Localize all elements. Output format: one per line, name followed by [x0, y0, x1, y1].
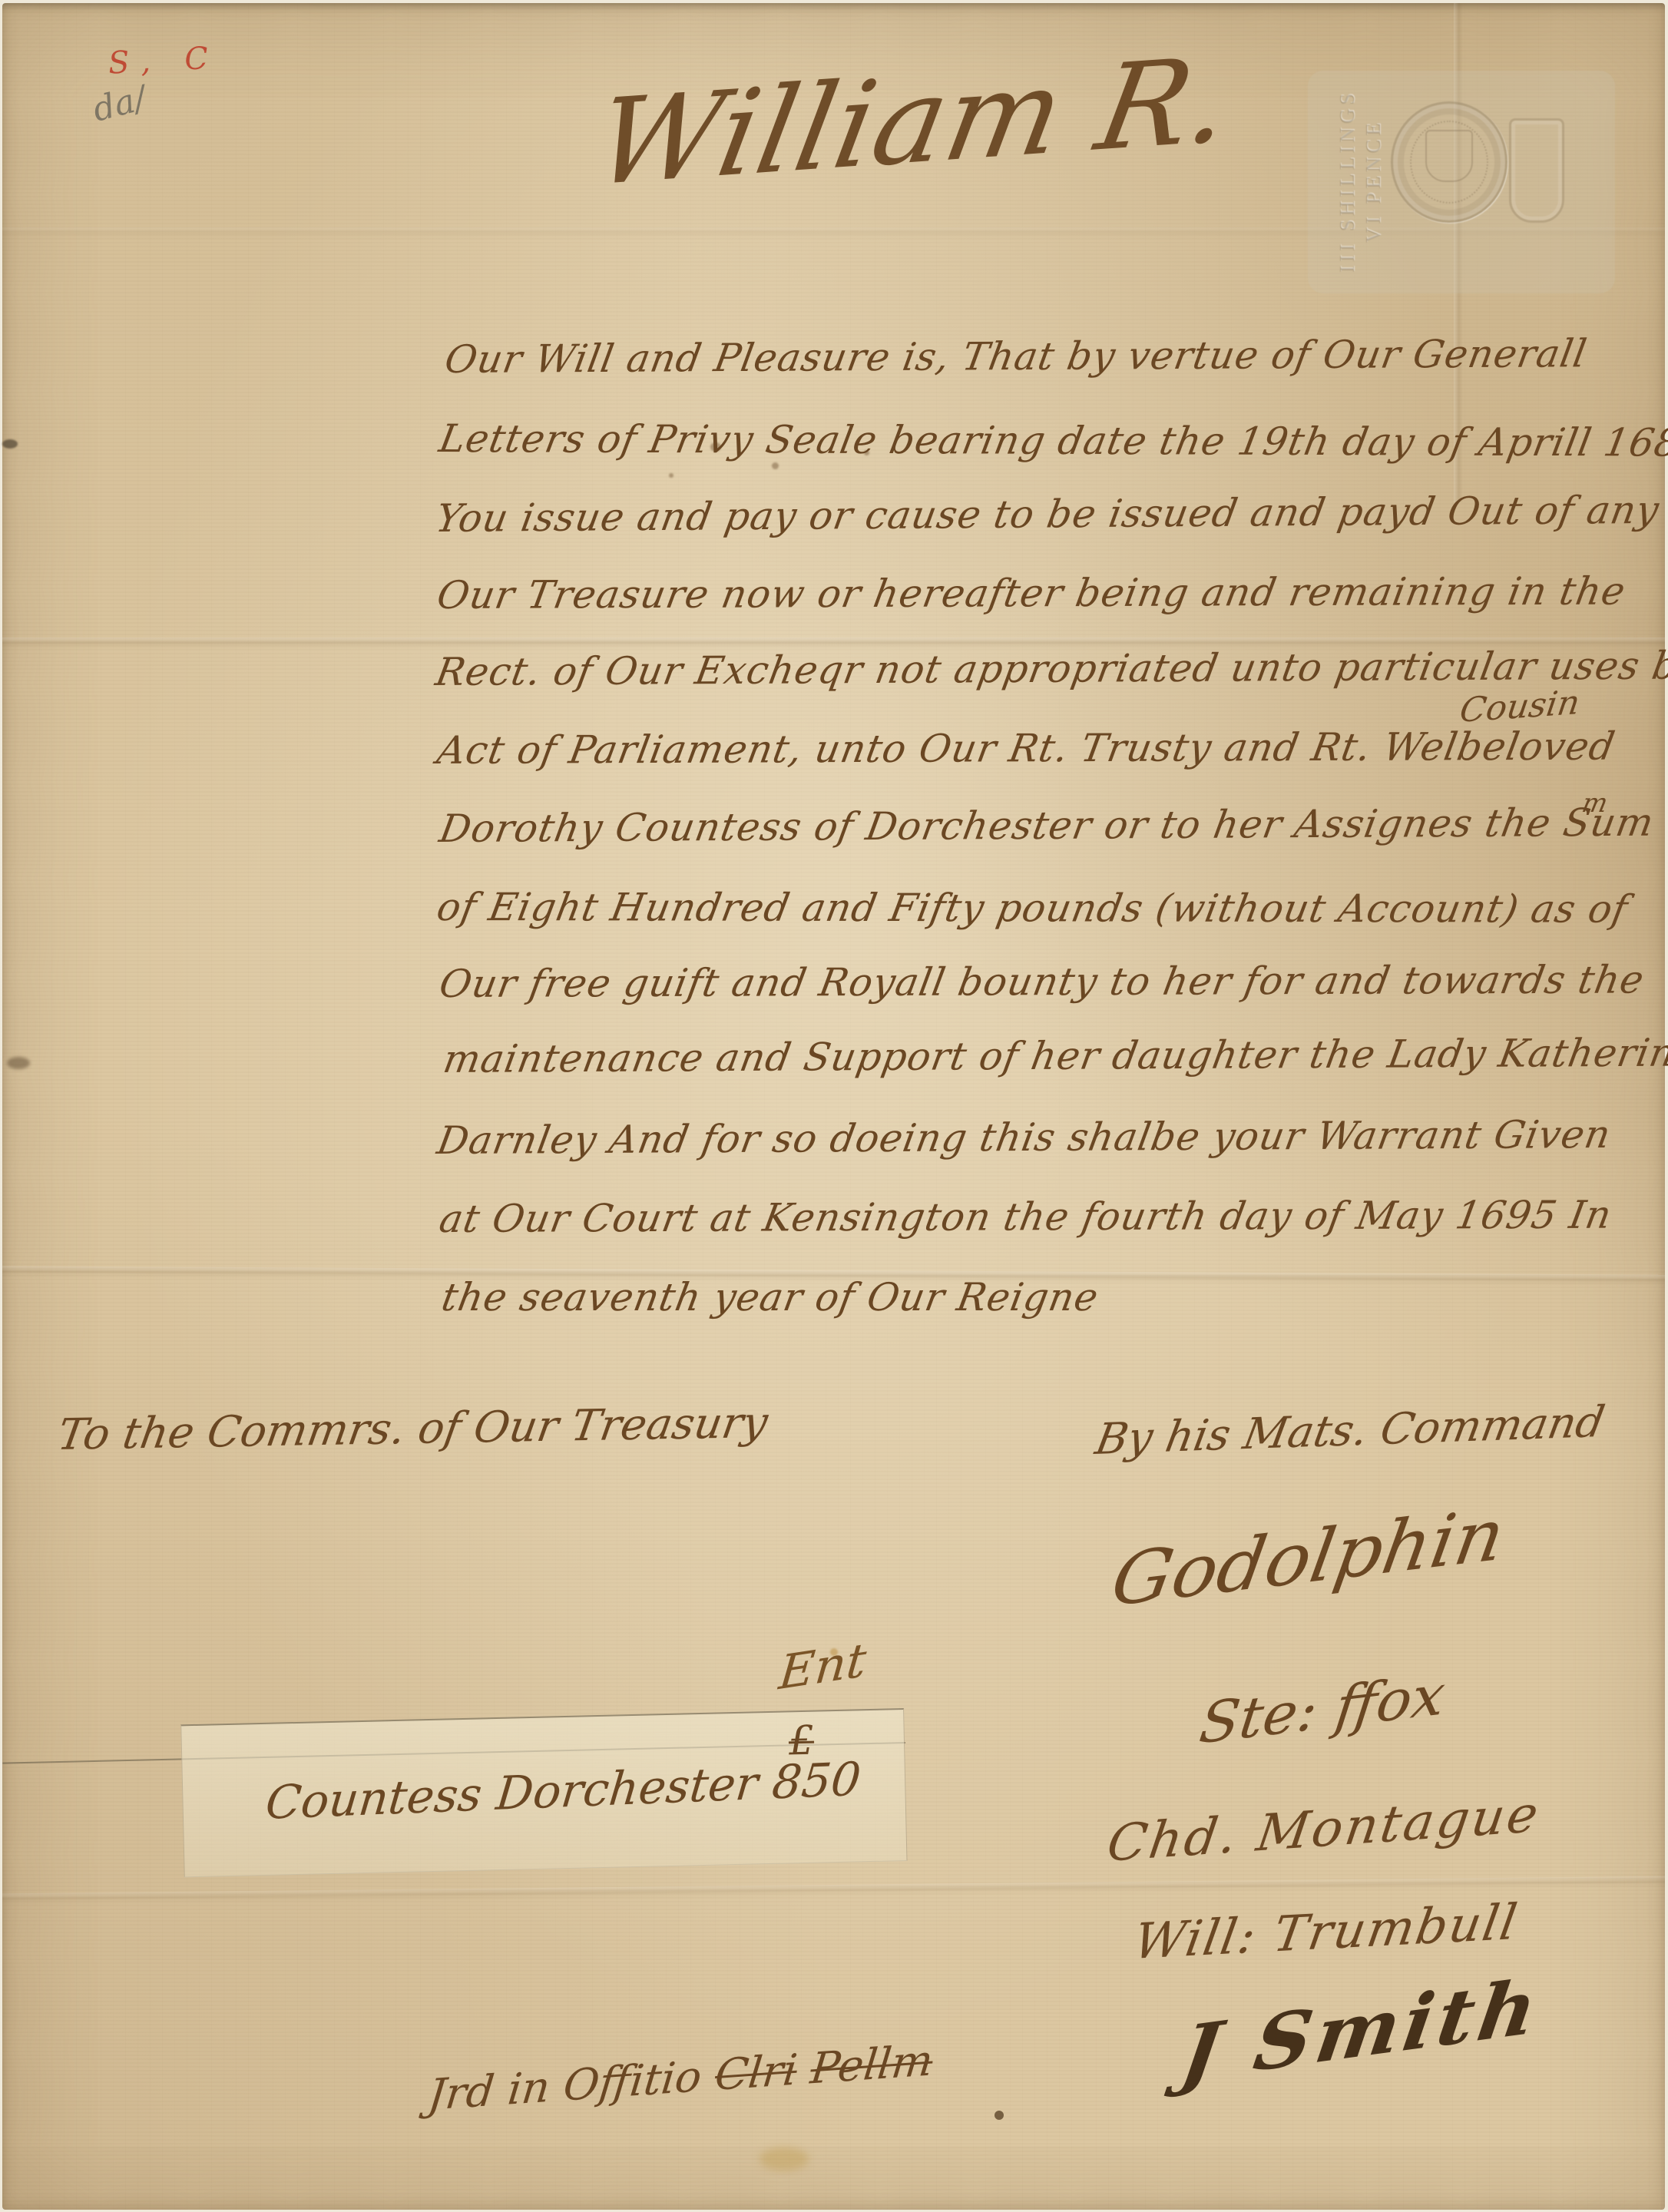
- yellow-stain: [760, 2147, 809, 2171]
- body-line: Act of Parliament, unto Our Rt. Trusty a…: [434, 724, 1619, 773]
- duty-line2: VI PENCE: [1362, 120, 1385, 243]
- body-line: Letters of Privy Seale bearing date the …: [436, 416, 1668, 465]
- entered-note: Ent: [776, 1632, 869, 1700]
- body-line: the seaventh year of Our Reigne: [439, 1275, 1102, 1320]
- ink-smudge: [669, 473, 673, 478]
- pencil-archive-note: da/: [89, 78, 151, 129]
- docket-prefix: Jrd in Offitio: [425, 2051, 704, 2120]
- body-line: Dorothy Countess of Dorchester or to her…: [436, 800, 1657, 851]
- ink-smudge: [772, 462, 779, 469]
- red-archive-initials: S, C: [108, 40, 221, 81]
- attestation-line: By his Mats. Command: [1091, 1397, 1608, 1465]
- signature-montague: Chd. Montague: [1104, 1784, 1544, 1873]
- signature-trumbull: Will: Trumbull: [1130, 1894, 1522, 1971]
- duty-line1: III SHILLINGS: [1335, 90, 1359, 273]
- signature-godolphin: Godolphin: [1106, 1493, 1511, 1624]
- body-line: maintenance and Support of her daughter …: [440, 1030, 1668, 1081]
- body-line: of Eight Hundred and Fifty pounds (witho…: [434, 885, 1632, 932]
- body-line: Our free guift and Royall bounty to her …: [436, 958, 1648, 1006]
- docket-word-pellm: Pellm: [808, 2036, 935, 2094]
- body-line: Rect. of Our Excheqr not appropriated un…: [432, 643, 1668, 694]
- body-line: You issue and pay or cause to be issued …: [432, 487, 1668, 541]
- body-line: Our Will and Pleasure is, That by vertue…: [442, 331, 1590, 382]
- enrolment-docket: Jrd in Offitio Clri Pellm: [425, 2036, 935, 2121]
- body-line: Darnley And for so doeing this shalbe yo…: [434, 1112, 1614, 1163]
- signature-smith: J Smith: [1176, 1961, 1547, 2099]
- pasted-account-slip: £ Countess Dorchester 850: [180, 1708, 907, 1877]
- body-line: Our Treasure now or hereafter being and …: [434, 569, 1629, 618]
- embossed-duty-stamp: III SHILLINGS VI PENCE: [1308, 71, 1615, 293]
- slip-label: Countess Dorchester 850: [263, 1753, 863, 1830]
- duty-stamp-value-text: III SHILLINGS VI PENCE: [1334, 75, 1386, 287]
- ink-fleck: [995, 2111, 1004, 2120]
- edge-nick: [2, 439, 18, 449]
- inserted-word-cousin: Cousin: [1458, 683, 1583, 730]
- parchment-paper: S, C da/ III SHILLINGS VI PENCE William …: [2, 3, 1665, 2210]
- royal-signature-william-r: William R.: [586, 31, 1242, 213]
- body-line: at Our Court at Kensington the fourth da…: [436, 1193, 1615, 1241]
- embossed-coat-of-arms: [1425, 130, 1473, 182]
- docket-word-clri: Clri: [713, 2045, 799, 2101]
- edge-crease-mark: [7, 1057, 30, 1069]
- embossed-crowned-shield: [1509, 118, 1564, 223]
- address-line: To the Commrs. of Our Treasury: [55, 1398, 772, 1460]
- embossed-seal-circle: [1391, 101, 1507, 223]
- signature-fox: Ste: ffox: [1196, 1662, 1448, 1757]
- scanned-document-photo: { "corner_marks": { "red_initials": "S, …: [0, 0, 1668, 2212]
